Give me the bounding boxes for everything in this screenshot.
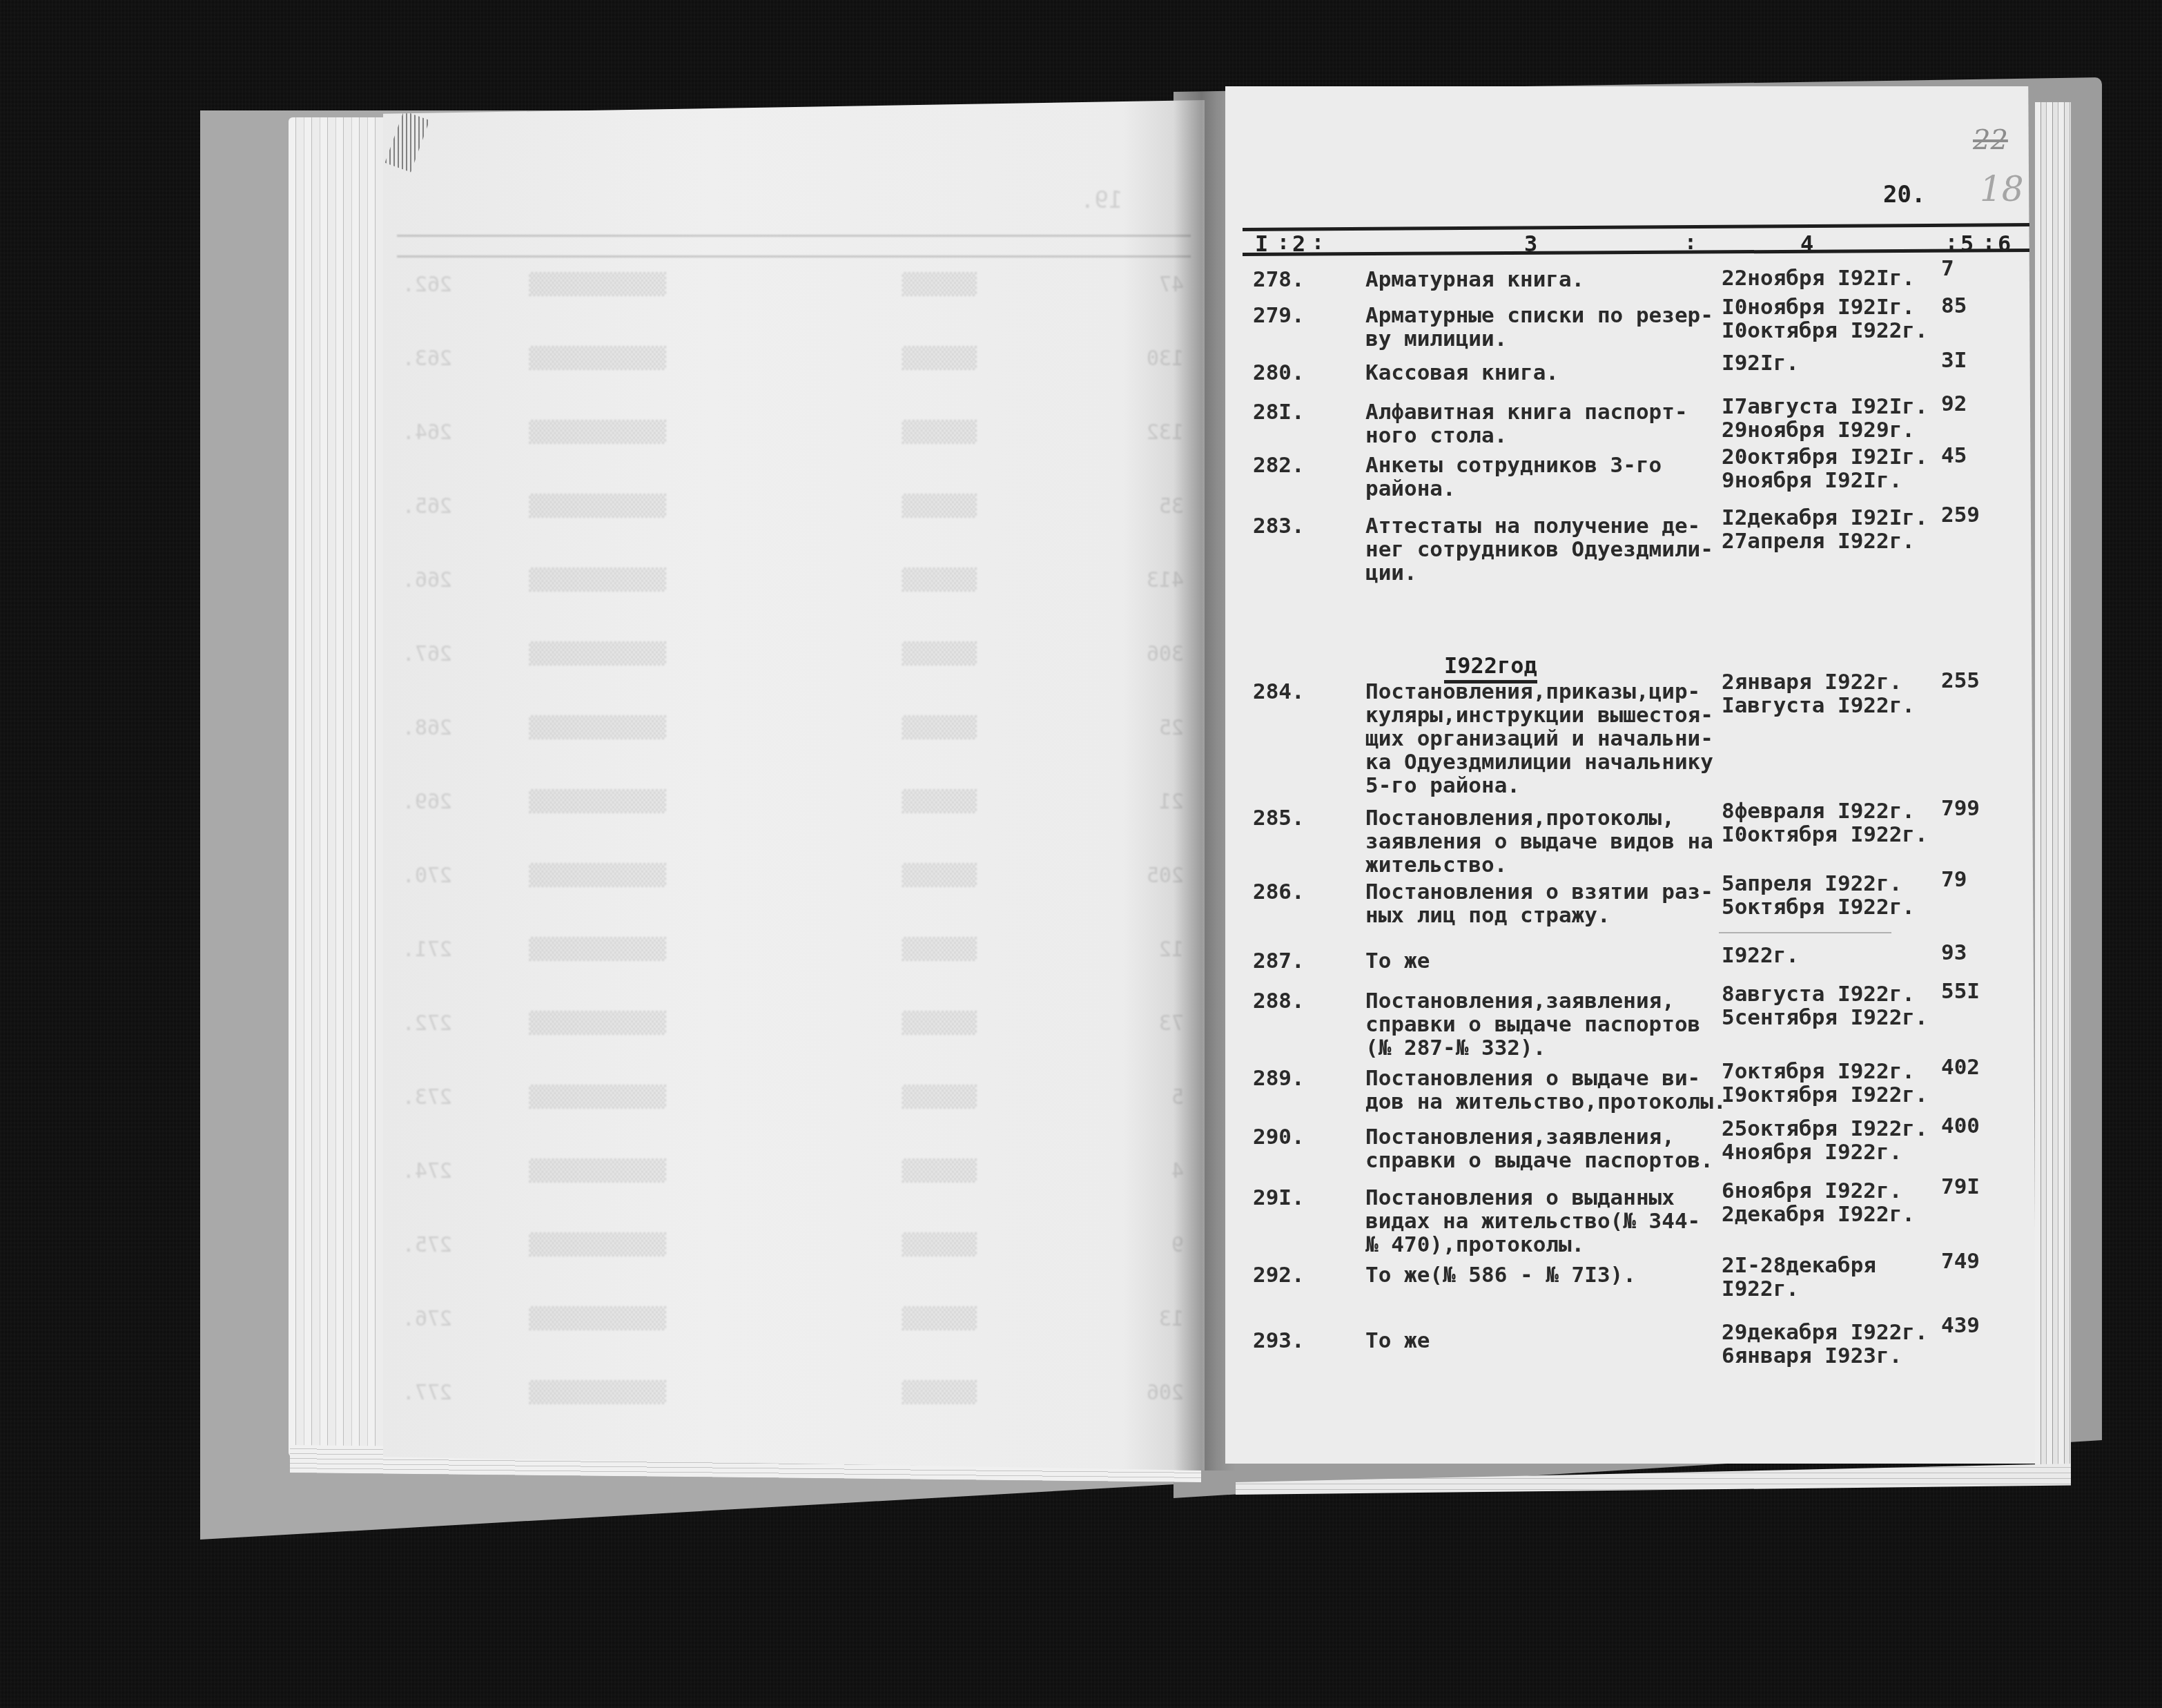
faint-row-dates: ▒▒▒▒▒▒ [902,938,977,962]
entry-dates: I922г. [1722,944,1799,967]
entry-dates: 6ноября I922г. 2декабря I922г. [1722,1179,1915,1226]
faint-row-number: 275. [402,1233,452,1257]
entry-sheet-count: 400 [1941,1114,1980,1138]
entry-dates: 25октября I922г. 4ноября I922г. [1722,1117,1928,1164]
faint-row-text: ▒▒▒▒▒▒▒▒▒▒▒ [529,864,666,888]
faint-row-dates: ▒▒▒▒▒▒ [902,1307,977,1331]
entry-sheet-count: 749 [1941,1250,1980,1273]
faint-row-dates: ▒▒▒▒▒▒ [902,1011,977,1036]
entry-dates: 20октября I92Iг. 9ноября I92Iг. [1722,445,1928,492]
faint-row-number: 267. [402,642,452,666]
faint-row-text: ▒▒▒▒▒▒▒▒▒▒▒ [529,790,666,814]
entry-sheet-count: 79 [1941,868,1967,891]
entry-dates: I0ноября I92Iг. I0октября I922г. [1722,295,1928,342]
faint-row-text: ▒▒▒▒▒▒▒▒▒▒▒ [529,494,666,518]
faint-row-number: 270. [402,864,452,888]
faint-row-dates: ▒▒▒▒▒▒ [902,273,977,297]
entry-description: Арматурная книга. [1365,268,1724,291]
faint-row-text: ▒▒▒▒▒▒▒▒▒▒▒ [529,1085,666,1109]
entry-dates: 22ноября I92Iг. [1722,266,1915,290]
faint-row-dates: ▒▒▒▒▒▒ [902,1159,977,1183]
faint-row-number: 276. [402,1307,452,1331]
entry-dates: I7августа I92Iг. 29ноября I929г. [1722,395,1928,442]
entry-number: 28I. [1253,400,1305,424]
entry-sheet-count: 439 [1941,1314,1980,1337]
entry-number: 287. [1253,949,1305,973]
entry-description: Аттестаты на получение де- нег сотрудник… [1365,514,1724,585]
entry-description: Алфавитная книга паспорт- ного стола. [1365,400,1724,447]
entry-description: Кассовая книга. [1365,361,1724,385]
entry-sheet-count: 259 [1941,503,1980,527]
column-separator: : [1945,231,1958,255]
header-rule-bottom [1243,249,2029,256]
entry-dates: 5апреля I922г. 5октября I922г. [1722,872,1915,919]
entry-number: 278. [1253,268,1305,291]
faint-row-dates: ▒▒▒▒▒▒ [902,568,977,592]
entry-sheet-count: 45 [1941,444,1967,467]
faint-row-text: ▒▒▒▒▒▒▒▒▒▒▒ [529,1233,666,1257]
entry-number: 29I. [1253,1186,1305,1210]
faint-row-dates: ▒▒▒▒▒▒ [902,1381,977,1405]
column-separator: : [1684,231,1697,255]
entry-description: Постановления,заявления, справки о выдач… [1365,989,1724,1060]
entry-description: Постановления,приказы,цир- куляры,инстру… [1365,680,1724,797]
column-3-header: 3 [1524,231,1537,257]
faint-row-number: 264. [402,420,452,445]
entry-description: То же [1365,1329,1724,1352]
column-4-header: 4 [1800,231,1813,257]
entry-description: Анкеты сотрудников 3-го района. [1365,454,1724,501]
entry-sheet-count: 55I [1941,980,1980,1003]
faint-stray-line [1719,932,1891,933]
entry-number: 286. [1253,880,1305,904]
table-column-header: I : 2 : 3 : 4 : 5 : 6 [1243,228,2029,255]
entry-description: Постановления,заявления, справки о выдач… [1365,1125,1724,1172]
left-page-number: 19. [1080,186,1122,214]
entry-description: Постановления о выданных видах на житель… [1365,1186,1724,1256]
left-header-rule-top [397,235,1191,237]
entry-sheet-count: 3I [1941,349,1967,372]
entry-number: 280. [1253,361,1305,385]
column-1-header: I [1255,231,1268,257]
page-number: 20. [1883,181,1925,208]
entry-sheet-count: 92 [1941,392,1967,416]
entry-sheet-count: 85 [1941,294,1967,318]
faint-row-text: ▒▒▒▒▒▒▒▒▒▒▒ [529,1307,666,1331]
entry-number: 282. [1253,454,1305,477]
entry-description: Арматурные списки по резер- ву милиции. [1365,304,1724,351]
faint-row-dates: ▒▒▒▒▒▒ [902,347,977,371]
faint-row-dates: ▒▒▒▒▒▒ [902,790,977,814]
faint-row-text: ▒▒▒▒▒▒▒▒▒▒▒ [529,273,666,297]
faint-row-dates: ▒▒▒▒▒▒ [902,420,977,445]
entry-dates: 29декабря I922г. 6января I923г. [1722,1321,1928,1368]
faint-row-number: 271. [402,938,452,962]
entry-sheet-count: 7 [1941,257,1954,280]
entry-dates: 2января I922г. Iавгуста I922г. [1722,670,1915,717]
faint-row-dates: ▒▒▒▒▒▒ [902,716,977,740]
entry-description: То же [1365,949,1724,973]
faint-row-text: ▒▒▒▒▒▒▒▒▒▒▒ [529,420,666,445]
faint-row-text: ▒▒▒▒▒▒▒▒▒▒▒ [529,642,666,666]
entry-dates: 8августа I922г. 5сентября I922г. [1722,982,1928,1029]
entry-number: 290. [1253,1125,1305,1149]
entry-sheet-count: 402 [1941,1056,1980,1079]
faint-row-text: ▒▒▒▒▒▒▒▒▒▒▒ [529,1381,666,1405]
faint-row-text: ▒▒▒▒▒▒▒▒▒▒▒ [529,938,666,962]
entry-sheet-count: 79I [1941,1175,1980,1198]
entry-description: Постановления о выдаче ви- дов на житель… [1365,1067,1724,1114]
entry-number: 285. [1253,806,1305,830]
faint-row-text: ▒▒▒▒▒▒▒▒▒▒▒ [529,347,666,371]
column-6-header: 6 [1998,231,2011,257]
entry-sheet-count: 255 [1941,669,1980,692]
faint-row-text: ▒▒▒▒▒▒▒▒▒▒▒ [529,568,666,592]
entry-sheet-count: 799 [1941,797,1980,820]
faint-row-text: ▒▒▒▒▒▒▒▒▒▒▒ [529,1011,666,1036]
entry-dates: 2I-28декабря I922г. [1722,1254,1876,1301]
entry-number: 292. [1253,1263,1305,1287]
entry-number: 293. [1253,1329,1305,1352]
left-page-bleed-through: 19. 262.▒▒▒▒▒▒▒▒▒▒▒▒▒▒▒▒▒47263.▒▒▒▒▒▒▒▒▒… [383,100,1205,1471]
handwritten-folio: 18 [1980,169,2024,209]
faint-row-number: 274. [402,1159,452,1183]
faint-row-text: ▒▒▒▒▒▒▒▒▒▒▒ [529,1159,666,1183]
entry-dates: 8февраля I922г. I0октября I922г. [1722,799,1928,846]
faint-row-text: ▒▒▒▒▒▒▒▒▒▒▒ [529,716,666,740]
entry-sheet-count: 93 [1941,941,1967,964]
column-separator: : [1312,231,1324,255]
faint-row-number: 262. [402,273,452,297]
faint-row-dates: ▒▒▒▒▒▒ [902,1085,977,1109]
faint-row-number: 266. [402,568,452,592]
entry-number: 284. [1253,680,1305,703]
faint-row-number: 272. [402,1011,452,1036]
right-page-stack-edges [2035,102,2071,1476]
entry-number: 279. [1253,304,1305,327]
column-separator: : [1277,231,1289,255]
page-stack-edges [289,117,389,1457]
entry-number: 289. [1253,1067,1305,1090]
entry-dates: I2декабря I92Iг. 27апреля I922г. [1722,506,1928,553]
column-separator: : [1983,231,1995,255]
faint-row-number: 265. [402,494,452,518]
faint-row-dates: ▒▒▒▒▒▒ [902,1233,977,1257]
faint-row-number: 269. [402,790,452,814]
handwritten-folio-crossed: 22 [1973,124,2008,156]
faint-row-dates: ▒▒▒▒▒▒ [902,864,977,888]
left-header-rule-bottom [397,255,1191,258]
entry-description: Постановления,протоколы, заявления о выд… [1365,806,1724,877]
left-page: 19. 262.▒▒▒▒▒▒▒▒▒▒▒▒▒▒▒▒▒47263.▒▒▒▒▒▒▒▒▒… [383,100,1205,1471]
faint-row-dates: ▒▒▒▒▒▒ [902,494,977,518]
entry-description: Постановления о взятии раз- ных лиц под … [1365,880,1724,927]
entry-number: 288. [1253,989,1305,1013]
entry-number: 283. [1253,514,1305,538]
faint-row-number: 268. [402,716,452,740]
entry-dates: I92Iг. [1722,351,1799,375]
faint-row-number: 263. [402,347,452,371]
entry-dates: 7октября I922г. I9октября I922г. [1722,1060,1928,1107]
faint-row-dates: ▒▒▒▒▒▒ [902,642,977,666]
faint-row-number: 277. [402,1381,452,1405]
column-5-header: 5 [1960,231,1974,257]
entry-description: То же(№ 586 - № 7I3). [1365,1263,1724,1287]
column-2-header: 2 [1292,231,1305,257]
faint-row-number: 273. [402,1085,452,1109]
